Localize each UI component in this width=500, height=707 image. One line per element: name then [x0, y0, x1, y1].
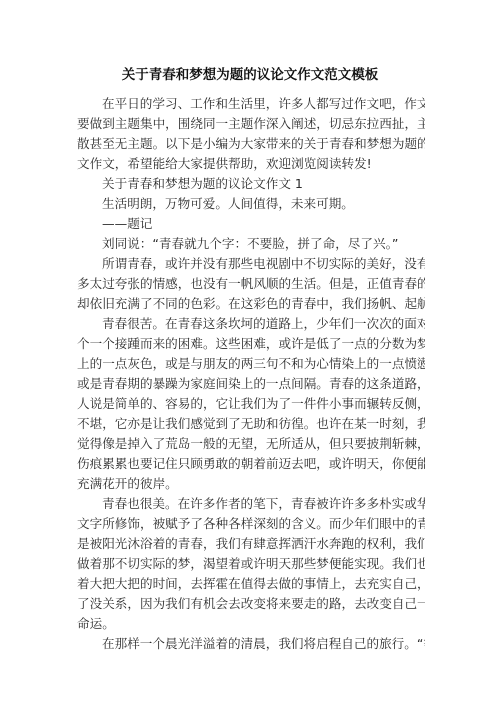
text-line: 着大把大把的时间，去挥霍在值得去做的事情上，去充实自己，做错	[77, 574, 425, 594]
text-line: 或是青春期的暴躁为家庭间染上的一点间隔。青春的这条道路，没有	[77, 374, 425, 394]
text-line: ——题记	[77, 214, 425, 234]
text-line: 充满花开的彼岸。	[77, 474, 425, 494]
text-line: 要做到主题集中，围绕同一主题作深入阐述，切忌东拉西扯，主题涣	[77, 114, 425, 134]
text-line: 个一个接踵而来的困难。这些困难，或许是低了一点的分数为梦想染	[77, 334, 425, 354]
text-line: 人说是简单的、容易的，它让我们为了一件件小事而辗转反侧，疲惫	[77, 394, 425, 414]
text-line: 却依旧充满了不同的色彩。在这彩色的青春中，我们扬帆、起航。	[77, 294, 425, 314]
text-line: 文作文，希望能给大家提供帮助，欢迎浏览阅读转发!	[77, 154, 425, 174]
text-line: 在平日的学习、工作和生活里，许多人都写过作文吧，作文一定	[77, 94, 425, 114]
text-line: 多太过夸张的情感，也没有一帆风顺的生活。但是，正值青春的我们，	[77, 274, 425, 294]
text-line: 所谓青春，或许并没有那些电视剧中不切实际的美好，没有那么	[77, 254, 425, 274]
document-body: 在平日的学习、工作和生活里，许多人都写过作文吧，作文一定要做到主题集中，围绕同一…	[77, 94, 425, 654]
text-line: 是被阳光沐浴着的青春，我们有肆意挥洒汗水奔跑的权利，我们可以	[77, 534, 425, 554]
text-line: 关于青春和梦想为题的议论文作文 1	[77, 174, 425, 194]
text-line: 刘同说：“青春就九个字：不要脸，拼了命，尽了兴。”	[77, 234, 425, 254]
text-line: 生活明朗，万物可爱。人间值得，未来可期。	[77, 194, 425, 214]
text-line: 上的一点灰色，或是与朋友的两三句不和为心情染上的一点愤懑，亦	[77, 354, 425, 374]
text-line: 不堪，它亦是让我们感觉到了无助和彷徨。也许在某一时刻，我们会	[77, 414, 425, 434]
text-line: 青春也很美。在许多作者的笔下，青春被许许多多朴实或华丽的	[77, 494, 425, 514]
text-line: 伤痕累累也要记住只顾勇敢的朝着前迈去吧，或许明天，你便能到达	[77, 454, 425, 474]
text-line: 文字所修饰，被赋予了各种各样深刻的含义。而少年们眼中的青春则	[77, 514, 425, 534]
text-line: 觉得像是掉入了荒岛一般的无望，无所适从，但只要披荆斩棘，哪怕	[77, 434, 425, 454]
text-line: 青春很苦。在青春这条坎坷的道路上，少年们一次次的面对着一	[77, 314, 425, 334]
text-line: 在那样一个晨光洋溢着的清晨，我们将启程自己的旅行。“等风	[77, 634, 425, 654]
document-title: 关于青春和梦想为题的议论文作文范文模板	[0, 63, 500, 83]
text-line: 命运。	[77, 614, 425, 634]
document-page: 关于青春和梦想为题的议论文作文范文模板 在平日的学习、工作和生活里，许多人都写过…	[0, 0, 500, 707]
text-line: 做着那不切实际的梦，渴望着或许明天那些梦便能实现。我们也拥有	[77, 554, 425, 574]
text-line: 散甚至无主题。以下是小编为大家带来的关于青春和梦想为题的议论	[77, 134, 425, 154]
text-line: 了没关系，因为我们有机会去改变将来要走的路，去改变自己一生的	[77, 594, 425, 614]
